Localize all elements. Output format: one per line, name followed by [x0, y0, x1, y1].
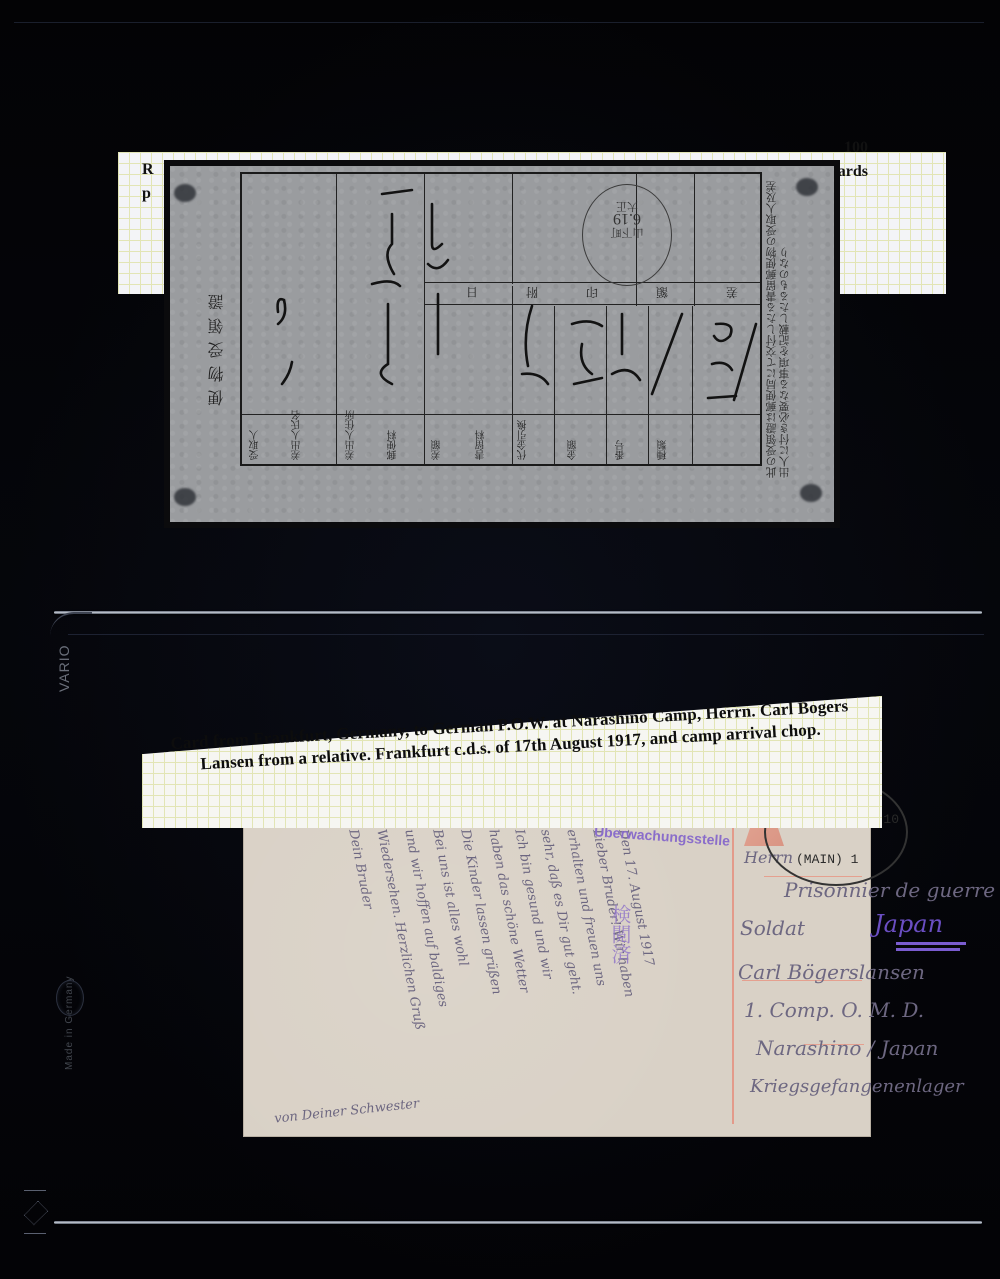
mount-corner [800, 484, 822, 502]
address-line: 1. Comp. O. M. D. [744, 998, 924, 1022]
caption-fragment: 100 [844, 136, 868, 160]
caption-fragment: p [142, 182, 151, 206]
caption-fragment: R [142, 158, 154, 182]
camp-arrival-chop: 検閲済 [592, 904, 632, 1000]
japanese-postal-receipt: 便物受領證 此の受領證は郵便局にて交付したる書留郵便物の受取人及差出人に付き必要… [170, 166, 834, 522]
mount-corner [796, 178, 818, 196]
album-brand-label: VARIO [56, 612, 80, 692]
receipt-row-label: 書留料 [476, 430, 506, 460]
postcard-divider [732, 824, 734, 1124]
sleeve-rail-lower [54, 1221, 982, 1224]
address-country-violet: Japan [874, 910, 943, 938]
page-top-rule [14, 22, 984, 23]
receipt-row-label: 番号 [616, 440, 646, 460]
receipt-row-label: 差額 [432, 440, 462, 460]
mount-corner [174, 488, 196, 506]
sleeve-rail-upper [54, 611, 982, 614]
binder-hole [56, 980, 84, 1016]
brand-logo-icon [24, 1190, 46, 1234]
receipt-row-label: 種類 [658, 440, 688, 460]
receipt-form-grid: 日 附 印 額 差 受取人 差出人氏名 差出人住所 郵便料 差額 書留料 代金引… [240, 172, 762, 466]
address-line: Narashino / Japan [756, 1036, 938, 1060]
sleeve-rail-shadow [68, 634, 984, 635]
receipt-notice-text: 此の受領證は郵便局にて交付したる書留郵便物の受取人及差出人に付き必要なる事項を記… [766, 178, 802, 478]
receipt-title: 便物受領證 [206, 246, 230, 406]
message-signature: von Deiner Schwester [274, 1096, 420, 1126]
mount-corner [174, 184, 196, 202]
caption-fragment: ards [838, 160, 868, 184]
address-line: Soldat [740, 916, 805, 940]
address-line: Kriegsgefangenenlager [750, 1076, 964, 1097]
postcard-frankfurt-narashino: Den 17. August 1917 Lieber Bruder! Wir h… [244, 824, 870, 1136]
receipt-row-label: 郵便料 [388, 430, 418, 460]
receipt-row-label: 差出人住所 [346, 410, 376, 460]
receipt-row-label: 代金引換 [518, 420, 548, 460]
underline [896, 942, 966, 945]
cds-city: (MAIN) 1 [796, 852, 858, 867]
underline [896, 948, 960, 951]
receipt-handwriting [242, 174, 760, 414]
address-line: Carl Bögerslansen [738, 960, 925, 984]
receipt-row-label: 金額 [568, 440, 598, 460]
receipt-row-label: 受取人 [250, 430, 280, 460]
message-line: Dein Bruder [345, 828, 375, 911]
message-area: Den 17. August 1917 Lieber Bruder! Wir h… [244, 824, 730, 1136]
receipt-row-label: 差出人氏名 [292, 410, 322, 460]
